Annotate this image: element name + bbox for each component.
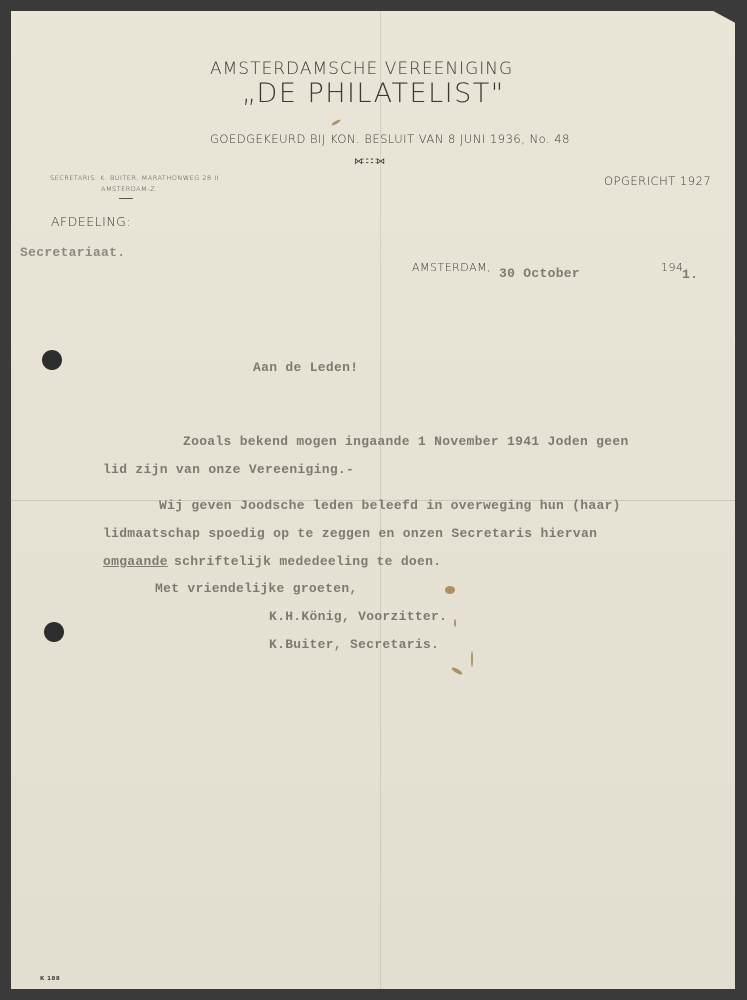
ornament-divider: ⋈∷∷∷⋈ (354, 157, 384, 167)
body-line-2: lid zijn van onze Vereeniging.- (103, 462, 354, 477)
org-name-line2: „DE PHILATELIST" (242, 78, 505, 109)
approval-line: GOEDGEKEURD BIJ KON. BESLUIT VAN 8 JUNI … (210, 132, 570, 146)
year-prefix: 194 (661, 261, 684, 274)
signature-secretary: K.Buiter, Secretaris. (269, 637, 439, 652)
ink-stain (471, 651, 473, 667)
letter-paper: AMSTERDAMSCHE VEREENIGING „DE PHILATELIS… (11, 11, 735, 989)
signature-chairman: K.H.König, Voorzitter. (269, 609, 447, 624)
department-value: Secretariaat. (20, 245, 125, 260)
body-line-4: lidmaatschap spoedig op te zeggen en onz… (103, 526, 597, 541)
form-code: K 188 (40, 976, 60, 982)
ink-stain (451, 666, 463, 675)
punch-hole-bottom (44, 622, 64, 642)
year-suffix: 1. (682, 267, 698, 282)
place-label: AMSTERDAM, (412, 261, 491, 274)
ink-stain (445, 586, 455, 594)
org-name-line1: AMSTERDAMSCHE VEREENIGING (210, 59, 513, 79)
secretary-address-line1: SECRETARIS: K. BUITER, MARATHONWEG 28 II (50, 174, 219, 182)
date-typed: 30 October (499, 266, 580, 281)
department-label: AFDEELING: (51, 214, 131, 229)
secretary-address-line2: AMSTERDAM-Z. (101, 185, 158, 193)
body-word-omgaande: omgaande (103, 554, 168, 569)
body-line-5: schriftelijk mededeeling te doen. (174, 554, 441, 569)
founded-label: OPGERICHT 1927 (604, 174, 711, 188)
body-line-1: Zooals bekend mogen ingaande 1 November … (183, 434, 629, 449)
body-line-3: Wij geven Joodsche leden beleefd in over… (159, 498, 621, 513)
punch-hole-top (42, 350, 62, 370)
address-rule (119, 198, 133, 199)
ink-stain (454, 619, 456, 627)
closing: Met vriendelijke groeten, (155, 581, 358, 596)
ink-stain (331, 119, 341, 127)
salutation: Aan de Leden! (253, 360, 358, 375)
